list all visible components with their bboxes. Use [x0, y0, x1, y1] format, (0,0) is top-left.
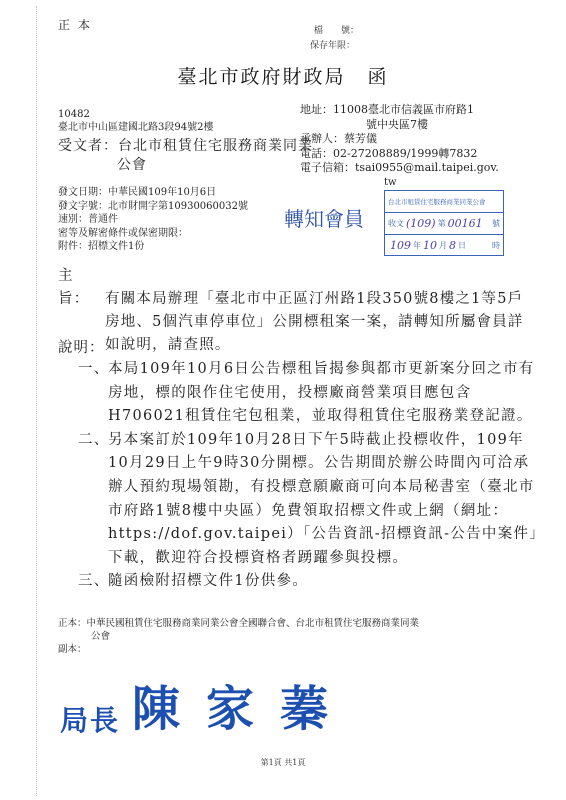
- explanation-item: 三、 隨函檢附招標文件1份供參。: [80, 570, 540, 594]
- received-stamp-number-row: 收文 (109) 第 00161 號: [385, 213, 503, 235]
- confidentiality: 密等及解密條件或保密期限：: [58, 227, 248, 241]
- explanation-label: 說明：: [58, 336, 105, 357]
- copy-recipients-label: 副本：: [58, 643, 528, 656]
- binding-line: [36, 6, 37, 796]
- file-number-label: 檔 號：: [310, 24, 359, 39]
- sender-street: 臺北市中山區建國北路3段94號2樓: [58, 121, 213, 134]
- retention-label: 保存年限：: [310, 39, 359, 54]
- issue-number: 發文字號：北市財開字第10930060032號: [58, 200, 248, 214]
- delivery-speed: 速別：普通件: [58, 213, 248, 227]
- signature: 局長陳家蓁: [60, 670, 354, 739]
- handler: 承辦人：蔡芳儀: [300, 132, 545, 147]
- item-number: 一、: [78, 358, 110, 382]
- item-text: 另本案訂於109年10月28日下午5時截止投標收件，109年10月29日上午9時…: [108, 432, 538, 566]
- received-stamp-org: 台北市租賃住宅服務商業同業公會: [385, 191, 503, 213]
- postal-code: 10482: [58, 108, 213, 121]
- received-date-year: 109: [390, 239, 411, 252]
- original-recipients-label: 正本：: [58, 618, 87, 629]
- issue-meta: 發文日期：中華民國109年10月6日 發文字號：北市財開字第1093006003…: [58, 186, 248, 254]
- recipient-name: 台北市租賃住宅服務商業同業: [118, 138, 313, 154]
- copy-label: 正本: [58, 16, 98, 33]
- issue-date: 發文日期：中華民國109年10月6日: [58, 186, 248, 200]
- signatory-title: 局長: [60, 704, 120, 737]
- file-meta: 檔 號： 保存年限：: [310, 24, 359, 54]
- subject-text: 有關本局辦理「臺北市中正區汀州路1段350號8樓之1等5戶房地、5個汽車停車位」…: [105, 288, 528, 357]
- received-number: 00161: [448, 217, 490, 230]
- original-recipients: 中華民國租賃住宅服務商業同業公會全國聯合會、台北市租賃住宅服務商業同業: [87, 618, 420, 629]
- item-number: 三、: [78, 570, 110, 594]
- original-recipients-cont: 公會: [58, 630, 528, 643]
- explanation-item: 二、 另本案訂於109年10月28日下午5時截止投標收件，109年10月29日上…: [80, 429, 540, 571]
- received-date-day: 8: [449, 239, 456, 252]
- doc-type: 函: [368, 66, 389, 88]
- email-cont: tw: [300, 176, 545, 191]
- received-year: (109): [406, 217, 436, 230]
- received-stamp: 台北市租賃住宅服務商業同業公會 收文 (109) 第 00161 號 109 年…: [384, 190, 504, 256]
- contact-info: 地址：11008臺北市信義區市府路1 號中央區7樓 承辦人：蔡芳儀 電話：02-…: [300, 103, 545, 190]
- subject: 主旨： 有關本局辦理「臺北市中正區汀州路1段350號8樓之1等5戶房地、5個汽車…: [58, 265, 528, 357]
- received-stamp-date-row: 109 年 10 月 8 日 時: [385, 235, 503, 256]
- handwritten-stamp: 轉知會員: [284, 203, 364, 232]
- item-text: 隨函檢附招標文件1份供參。: [108, 573, 308, 589]
- subject-label: 主旨：: [58, 265, 105, 311]
- address-label: 地址：: [300, 103, 333, 116]
- address-line2: 號中央區7樓: [300, 118, 545, 133]
- phone: 電話：02-27208889/1999轉7832: [300, 147, 545, 162]
- sender-address: 10482 臺北市中山區建國北路3段94號2樓: [58, 108, 213, 134]
- recipient-label: 受文者：: [58, 138, 118, 154]
- explanation-item: 一、 本局109年10月6日公告標租旨揭參與都市更新案分回之市有房地，標的限作住…: [80, 358, 540, 429]
- received-date-month: 10: [423, 239, 437, 252]
- signatory-name: 陳家蓁: [132, 681, 354, 737]
- item-number: 二、: [78, 429, 110, 453]
- issuing-agency: 臺北市政府財政局: [177, 66, 345, 88]
- email: 電子信箱：tsai0955@mail.taipei.gov.: [300, 161, 545, 176]
- page-number: 第1頁 共1頁: [0, 757, 566, 768]
- explanation-items: 一、 本局109年10月6日公告標租旨揭參與都市更新案分回之市有房地，標的限作住…: [80, 358, 540, 594]
- distribution: 正本：中華民國租賃住宅服務商業同業公會全國聯合會、台北市租賃住宅服務商業同業 公…: [58, 617, 528, 656]
- item-text: 本局109年10月6日公告標租旨揭參與都市更新案分回之市有房地，標的限作住宅使用…: [108, 361, 535, 424]
- document-title: 臺北市政府財政局函: [0, 62, 566, 89]
- attachments: 附件：招標文件1份: [58, 240, 248, 254]
- address-line1: 11008臺北市信義區市府路1: [333, 103, 474, 116]
